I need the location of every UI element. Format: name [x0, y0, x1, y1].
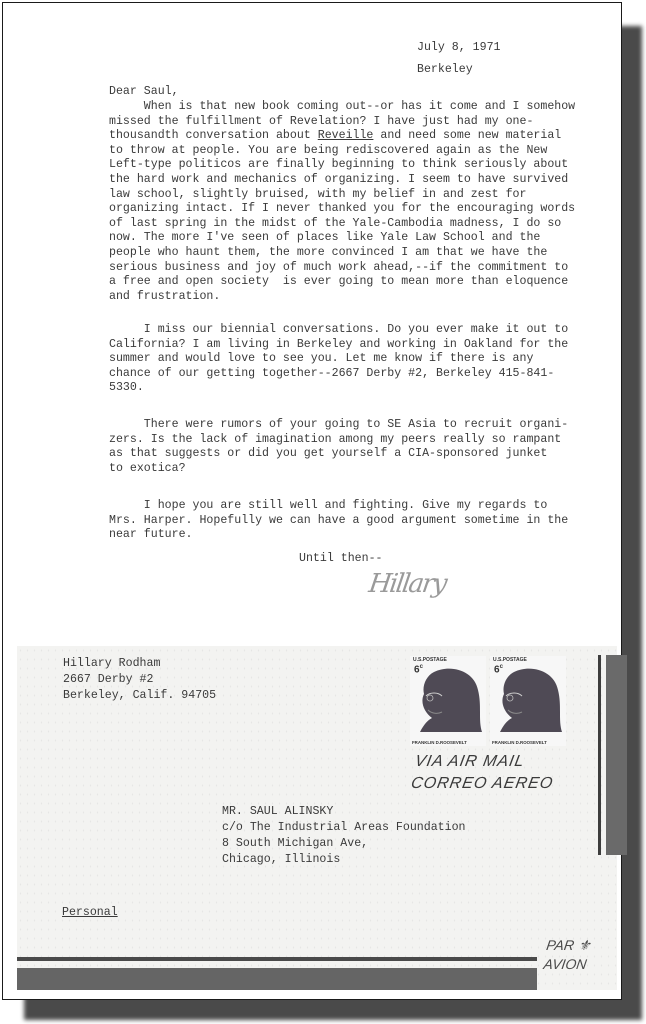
text-line: organizing intact. If I never thanked yo…: [109, 202, 609, 217]
text-line: serious business and joy of much work ah…: [109, 261, 609, 276]
text-line: law school, slightly bruised, with my be…: [109, 188, 609, 203]
stamp: U.S.POSTAGE 6c FRANKLIN D.ROOSEVELT: [490, 656, 566, 746]
stamp-label: U.S.POSTAGE: [493, 657, 527, 663]
paragraph: I miss our biennial conversations. Do yo…: [109, 323, 609, 396]
portrait-icon: [412, 666, 484, 736]
via-air-mail: VIA AIR MAIL: [413, 751, 559, 773]
postage-stamps: U.S.POSTAGE 6c FRANKLIN D.ROOSEVELT U.S.…: [410, 656, 570, 746]
recipient-org: c/o The Industrial Areas Foundation: [222, 820, 466, 836]
closing: Until then--: [299, 552, 383, 565]
paragraph: When is that new book coming out--or has…: [109, 100, 609, 304]
text-line: people who haunt them, the more convince…: [109, 246, 609, 261]
airmail-label: VIA AIR MAIL CORREO AEREO: [409, 751, 559, 795]
paragraph: There were rumors of your going to SE As…: [109, 418, 609, 476]
text-line: zers. Is the lack of imagination among m…: [109, 433, 609, 448]
envelope: Hillary Rodham 2667 Derby #2 Berkeley, C…: [17, 646, 617, 990]
stamp: U.S.POSTAGE 6c FRANKLIN D.ROOSEVELT: [410, 656, 486, 746]
paragraph: I hope you are still well and fighting. …: [109, 499, 609, 543]
return-city: Berkeley, Calif. 94705: [63, 688, 216, 704]
text-line: Mrs. Harper. Hopefully we can have a goo…: [109, 514, 609, 529]
letter-dateline: July 8, 1971 Berkeley: [417, 37, 501, 81]
portrait-icon: [492, 666, 564, 736]
stamp-caption: FRANKLIN D.ROOSEVELT: [412, 740, 467, 745]
text-line: I hope you are still well and fighting. …: [109, 499, 609, 514]
stamp-caption: FRANKLIN D.ROOSEVELT: [492, 740, 547, 745]
text-line: thousandth conversation about Reveille a…: [109, 129, 609, 144]
text-line: near future.: [109, 528, 609, 543]
letter-place: Berkeley: [417, 59, 501, 81]
underlined-title: Reveille: [318, 129, 374, 142]
text-line: and frustration.: [109, 290, 609, 305]
recipient-name: MR. SAUL ALINSKY: [222, 804, 466, 820]
text-line: chance of our getting together--2667 Der…: [109, 367, 609, 382]
return-address: Hillary Rodham 2667 Derby #2 Berkeley, C…: [63, 656, 216, 704]
text-line: now. The more I've seen of places like Y…: [109, 231, 609, 246]
recipient-street: 8 South Michigan Ave,: [222, 836, 466, 852]
par-avion-label: PAR ⚜ AVION: [542, 936, 592, 974]
text-line: There were rumors of your going to SE As…: [109, 418, 609, 433]
text-line: When is that new book coming out--or has…: [109, 100, 609, 115]
recipient-city: Chicago, Illinois: [222, 852, 466, 868]
return-street: 2667 Derby #2: [63, 672, 216, 688]
text-line: Left-type politicos are finally beginnin…: [109, 158, 609, 173]
par-text: PAR ⚜: [545, 936, 592, 955]
text-line: the hard work and mechanics of organizin…: [109, 173, 609, 188]
salutation: Dear Saul,: [109, 85, 179, 100]
text-line: a free and open society is ever going to…: [109, 275, 609, 290]
signature: Hillary: [367, 569, 447, 599]
text-line: 5330.: [109, 381, 609, 396]
text-line: to throw at people. You are being redisc…: [109, 144, 609, 159]
personal-note: Personal: [62, 906, 118, 919]
text-line: as that suggests or did you get yourself…: [109, 447, 609, 462]
text-line: missed the fulfillment of Revelation? I …: [109, 115, 609, 130]
text-line: of last spring in the midst of the Yale-…: [109, 217, 609, 232]
airmail-border-thin: [17, 957, 537, 961]
stamp-label: U.S.POSTAGE: [413, 657, 447, 663]
scanned-document: July 8, 1971 Berkeley Dear Saul, When is…: [2, 2, 622, 1000]
text-line: California? I am living in Berkeley and …: [109, 338, 609, 353]
airmail-border-thick: [17, 968, 537, 990]
avion-text: AVION: [542, 955, 589, 974]
text-line: I miss our biennial conversations. Do yo…: [109, 323, 609, 338]
text-line: summer and would love to see you. Let me…: [109, 352, 609, 367]
letter-date: July 8, 1971: [417, 37, 501, 59]
airmail-stripe-thin: [598, 655, 601, 855]
recipient-address: MR. SAUL ALINSKY c/o The Industrial Area…: [222, 804, 466, 868]
return-name: Hillary Rodham: [63, 656, 216, 672]
text-line: to exotica?: [109, 462, 609, 477]
correo-aereo: CORREO AEREO: [409, 773, 555, 795]
airmail-stripe-thick: [606, 655, 627, 855]
